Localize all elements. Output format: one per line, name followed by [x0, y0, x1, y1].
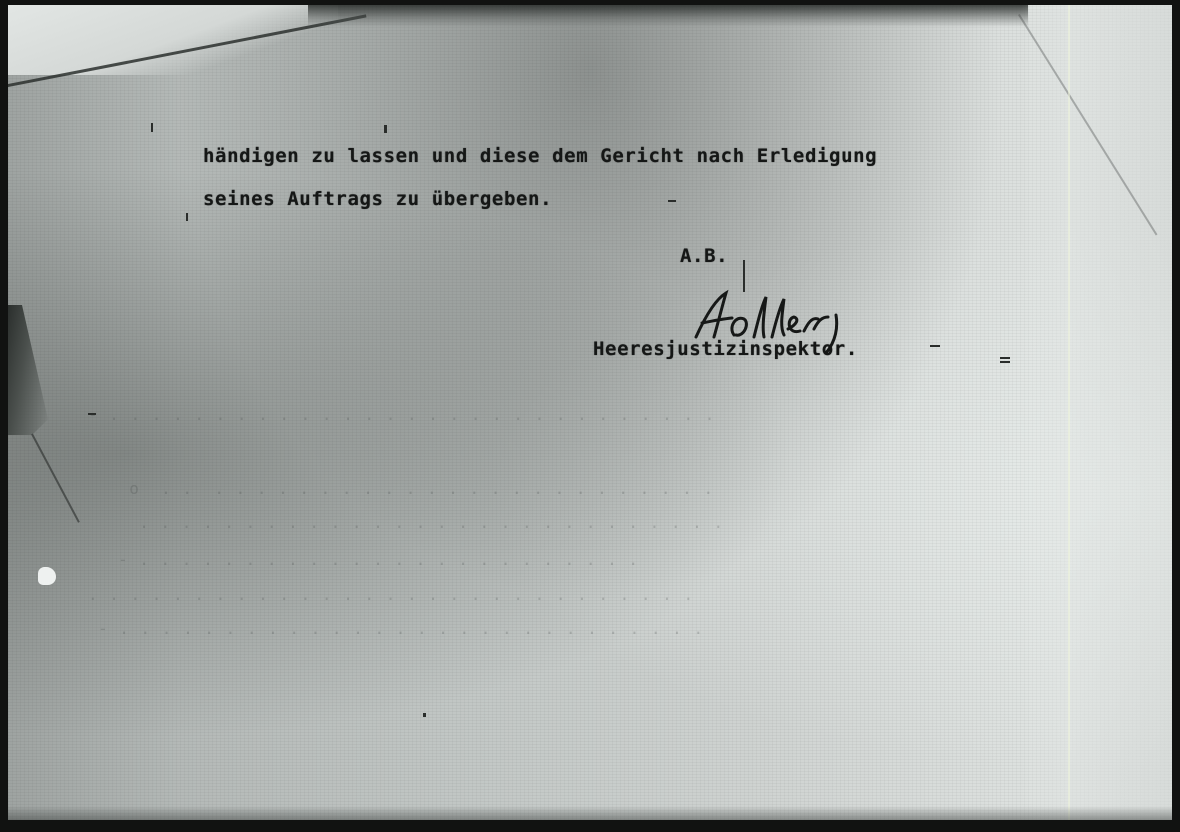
bleed-through-line: . . . . . . . . . . . . . . . . . . . . …: [88, 585, 694, 604]
vertical-crease: [1068, 5, 1070, 820]
ink-speck: [1000, 357, 1010, 359]
light-margin: [1022, 5, 1172, 820]
ink-speck: [930, 345, 940, 347]
ink-speck: [384, 125, 387, 133]
folded-corner-area: [8, 5, 338, 75]
ink-speck: [1000, 361, 1010, 363]
body-text-line-1: händigen zu lassen und diese dem Gericht…: [203, 145, 877, 167]
closing-abbreviation: A.B.: [680, 245, 728, 267]
body-text-line-2: seines Auftrags zu übergeben.: [203, 188, 552, 210]
ink-speck: [668, 200, 676, 202]
paper-damage-spot: [38, 567, 56, 585]
bleed-through-line: o . . . . . . . . . . . . . . . . . . . …: [108, 479, 714, 498]
scan-frame: - . . . . . . . . . . . . . . . . . . . …: [0, 0, 1180, 832]
torn-edge: [8, 305, 48, 435]
tear-line: [31, 434, 80, 523]
bottom-shadow-edge: [8, 806, 1172, 820]
bleed-through-line: - . . . . . . . . . . . . . . . . . . . …: [98, 619, 704, 638]
ink-speck: [186, 213, 188, 221]
ink-speck: [151, 123, 153, 132]
signatory-title: Heeresjustizinspektor.: [593, 338, 858, 360]
bleed-through-line: - . . . . . . . . . . . . . . . . . . . …: [118, 550, 639, 569]
bleed-through-line: . . . . . . . . . . . . . . . . . . . . …: [118, 513, 724, 532]
top-shadow-edge: [308, 5, 1028, 27]
document-page: - . . . . . . . . . . . . . . . . . . . …: [8, 5, 1172, 820]
ink-speck: [423, 713, 426, 717]
ink-speck: [88, 413, 96, 415]
bleed-through-line: - . . . . . . . . . . . . . . . . . . . …: [88, 405, 715, 424]
